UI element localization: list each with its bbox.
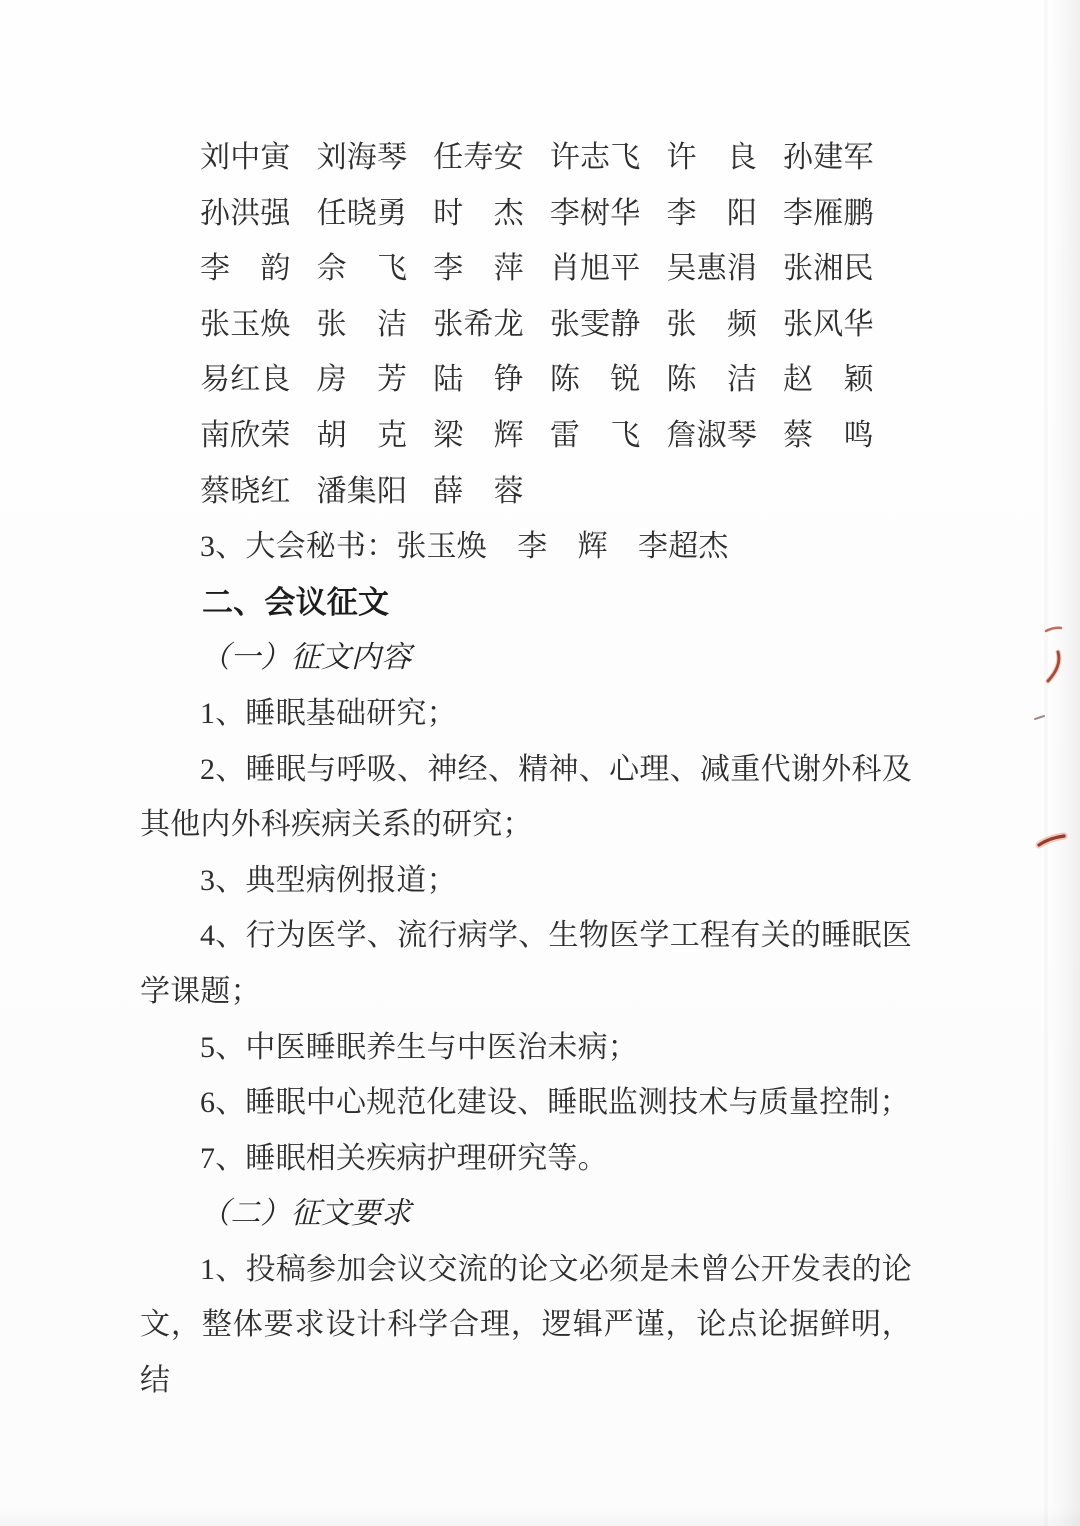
- person-name: 李 阳: [666, 186, 757, 242]
- person-name: 张玉焕: [200, 297, 291, 353]
- person-name: 张希龙: [433, 297, 524, 353]
- person-name: 孙建军: [783, 130, 874, 186]
- red-ink-curve: [1048, 652, 1059, 681]
- body-paragraph: 3、大会秘书：张玉焕 李 辉 李超杰: [140, 519, 912, 575]
- body-paragraph: 1、睡眠基础研究；: [140, 686, 912, 742]
- body-paragraph: 4、行为医学、流行病学、生物医学工程有关的睡眠医学课题；: [140, 908, 912, 1019]
- body-paragraph: 6、睡眠中心规范化建设、睡眠监测技术与质量控制；: [140, 1075, 912, 1131]
- red-ink-tick: [1046, 628, 1061, 631]
- red-ink-dash: [1039, 836, 1064, 845]
- person-name: 许 良: [666, 130, 757, 186]
- person-name: 张湘民: [783, 241, 874, 297]
- faint-ink-speck: [1035, 716, 1044, 719]
- body-paragraph: 7、睡眠相关疾病护理研究等。: [140, 1131, 912, 1187]
- person-name: 詹淑琴: [666, 408, 757, 464]
- notice-paragraphs: 3、大会秘书：张玉焕 李 辉 李超杰二、会议征文（一）征文内容1、睡眠基础研究；…: [140, 519, 912, 1409]
- name-row: 孙洪强任晓勇时 杰李树华李 阳李雁鹏: [140, 186, 912, 242]
- person-name: 赵 颖: [783, 352, 874, 408]
- person-name: 刘中寅: [200, 130, 291, 186]
- person-name: 李雁鹏: [783, 186, 874, 242]
- body-paragraph: 5、中医睡眠养生与中医治未病；: [140, 1020, 912, 1076]
- person-name: 时 杰: [433, 186, 524, 242]
- person-name: 梁 辉: [433, 408, 524, 464]
- person-name: 张雯静: [550, 297, 641, 353]
- person-name: 张风华: [783, 297, 874, 353]
- person-name: 陈 锐: [550, 352, 641, 408]
- committee-name-list: 刘中寅刘海琴任寿安许志飞许 良孙建军孙洪强任晓勇时 杰李树华李 阳李雁鹏李 韵佘…: [140, 130, 912, 519]
- page-fold-line: [1044, 0, 1048, 1526]
- name-row: 蔡晓红潘集阳薛 蓉: [140, 464, 912, 520]
- subsection-heading: （一）征文内容: [140, 630, 912, 686]
- person-name: 李 萍: [433, 241, 524, 297]
- person-name: 佘 飞: [317, 241, 408, 297]
- page-edge-shadow: [1050, 0, 1080, 1526]
- person-name: 任寿安: [433, 130, 524, 186]
- person-name: 蔡晓红: [200, 464, 291, 520]
- person-name: 陈 洁: [666, 352, 757, 408]
- body-paragraph: 2、睡眠与呼吸、神经、精神、心理、减重代谢外科及其他内外科疾病关系的研究；: [140, 742, 912, 853]
- person-name: 孙洪强: [200, 186, 291, 242]
- name-row: 刘中寅刘海琴任寿安许志飞许 良孙建军: [140, 130, 912, 186]
- person-name: 任晓勇: [317, 186, 408, 242]
- person-name: 胡 克: [317, 408, 408, 464]
- person-name: 房 芳: [317, 352, 408, 408]
- person-name: 刘海琴: [317, 130, 408, 186]
- person-name: 易红良: [200, 352, 291, 408]
- body-paragraph: 1、投稿参加会议交流的论文必须是未曾公开发表的论文，整体要求设计科学合理，逻辑严…: [140, 1242, 912, 1409]
- name-row: 李 韵佘 飞李 萍肖旭平吴惠涓张湘民: [140, 241, 912, 297]
- person-name: 陆 铮: [433, 352, 524, 408]
- person-name: 南欣荣: [200, 408, 291, 464]
- person-name: 潘集阳: [317, 464, 408, 520]
- scanned-document-screenshot: { "document": { "kind": "scanned-notice-…: [0, 0, 1080, 1526]
- person-name: 吴惠涓: [666, 241, 757, 297]
- subsection-heading: （二）征文要求: [140, 1186, 912, 1242]
- person-name: 雷 飞: [550, 408, 641, 464]
- person-name: 蔡 鸣: [783, 408, 874, 464]
- section-heading: 二、会议征文: [140, 575, 912, 631]
- person-name: 张 频: [666, 297, 757, 353]
- person-name: 张 洁: [317, 297, 408, 353]
- red-ink-curve-halo: [1048, 652, 1059, 681]
- page-bottom-shadow: [0, 1508, 1080, 1526]
- person-name: 许志飞: [550, 130, 641, 186]
- person-name: 李 韵: [200, 241, 291, 297]
- document-page: 刘中寅刘海琴任寿安许志飞许 良孙建军孙洪强任晓勇时 杰李树华李 阳李雁鹏李 韵佘…: [0, 0, 1080, 1526]
- person-name: 薛 蓉: [433, 464, 524, 520]
- name-row: 张玉焕张 洁张希龙张雯静张 频张风华: [140, 297, 912, 353]
- person-name: 肖旭平: [550, 241, 641, 297]
- name-row: 南欣荣胡 克梁 辉雷 飞詹淑琴蔡 鸣: [140, 408, 912, 464]
- body-paragraph: 3、典型病例报道；: [140, 853, 912, 909]
- red-ink-dash-halo: [1039, 836, 1064, 845]
- person-name: 李树华: [550, 186, 641, 242]
- page-content: 刘中寅刘海琴任寿安许志飞许 良孙建军孙洪强任晓勇时 杰李树华李 阳李雁鹏李 韵佘…: [140, 130, 912, 1409]
- name-row: 易红良房 芳陆 铮陈 锐陈 洁赵 颖: [140, 352, 912, 408]
